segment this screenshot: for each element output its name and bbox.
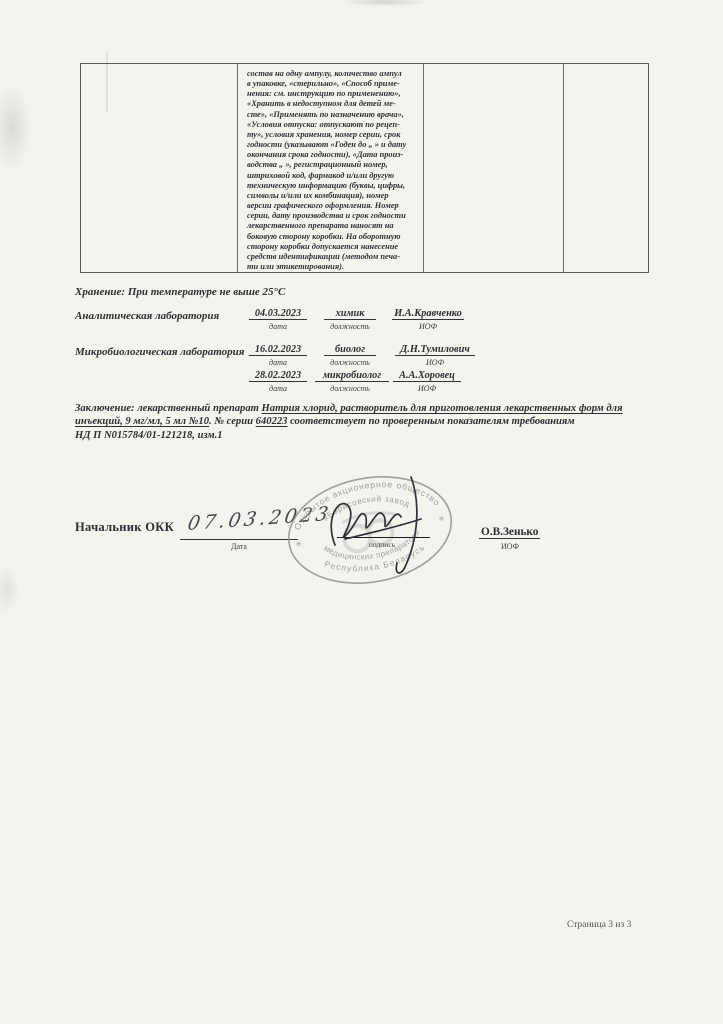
table-cell-requirements: состав на одну ампулу, количество ампул … — [237, 64, 423, 272]
name-label: ИОФ — [395, 358, 475, 367]
approver-name: О.В.Зенько — [479, 526, 540, 539]
analytical-lab-title: Аналитическая лаборатория — [75, 310, 219, 322]
table-cell-empty — [563, 64, 648, 272]
conclusion-line-2: инъекций, 9 мг/мл, 5 мл №10. № серии 640… — [75, 415, 623, 428]
scan-smudge — [325, 0, 445, 8]
analytical-position: химик — [324, 308, 376, 320]
micro-date-1: 16.02.2023 — [249, 344, 307, 356]
storage-conditions: Хранение: При температуре не выше 25°С — [75, 286, 285, 298]
series-label: . № серии — [209, 416, 256, 427]
micro-name-1: Д.Н.Тумилович — [395, 344, 475, 356]
conclusion-intro: лекарственный препарат — [135, 403, 262, 414]
conclusion-label: Заключение: — [75, 403, 135, 414]
name-label: ИОФ — [393, 384, 461, 393]
page-number: Страница 3 из 3 — [567, 920, 631, 930]
scan-smudge — [0, 68, 38, 188]
date-label: Дата — [180, 542, 298, 551]
signoff-title: Начальник ОКК — [75, 520, 174, 535]
micro-date-2: 28.02.2023 — [249, 370, 307, 382]
position-label: должность — [318, 358, 382, 367]
position-label: должность — [318, 322, 382, 331]
drug-name-underlined: Натрия хлорид, растворитель для приготов… — [262, 403, 623, 414]
scan-smudge — [0, 555, 24, 625]
micro-name-2: А.А.Хоровец — [393, 370, 461, 382]
position-label: должность — [318, 384, 382, 393]
conclusion-rest: соответствует по проверенным показателям… — [287, 416, 574, 427]
series-number: 640223 — [256, 416, 288, 427]
date-label: дата — [249, 384, 307, 393]
analytical-name: И.А.Кравченко — [392, 308, 464, 320]
date-label: дата — [249, 358, 307, 367]
table-cell-empty — [81, 64, 237, 272]
analytical-date: 04.03.2023 — [249, 308, 307, 320]
table-cell-text: состав на одну ампулу, количество ампул … — [238, 64, 423, 272]
date-line — [180, 539, 298, 540]
conclusion-paragraph: Заключение: лекарственный препарат Натри… — [75, 402, 623, 442]
drug-name-underlined: инъекций, 9 мг/мл, 5 мл №10 — [75, 416, 209, 427]
microbiological-lab-title: Микробиологическая лаборатория — [75, 346, 244, 358]
handwritten-signature — [305, 463, 455, 588]
micro-position-2: микробиолог — [315, 370, 389, 382]
date-label: дата — [249, 322, 307, 331]
conclusion-line-3: НД П N015784/01-121218, изм.1 — [75, 429, 623, 442]
spec-table: состав на одну ампулу, количество ампул … — [80, 63, 649, 273]
name-label: ИОФ — [392, 322, 464, 331]
table-cell-empty — [423, 64, 563, 272]
micro-position-1: биолог — [324, 344, 376, 356]
conclusion-line-1: Заключение: лекарственный препарат Натри… — [75, 402, 623, 415]
name-label: ИОФ — [479, 542, 541, 551]
stamp-star-left: ✳ — [295, 539, 303, 549]
scanned-document-page: состав на одну ампулу, количество ампул … — [0, 0, 723, 1024]
